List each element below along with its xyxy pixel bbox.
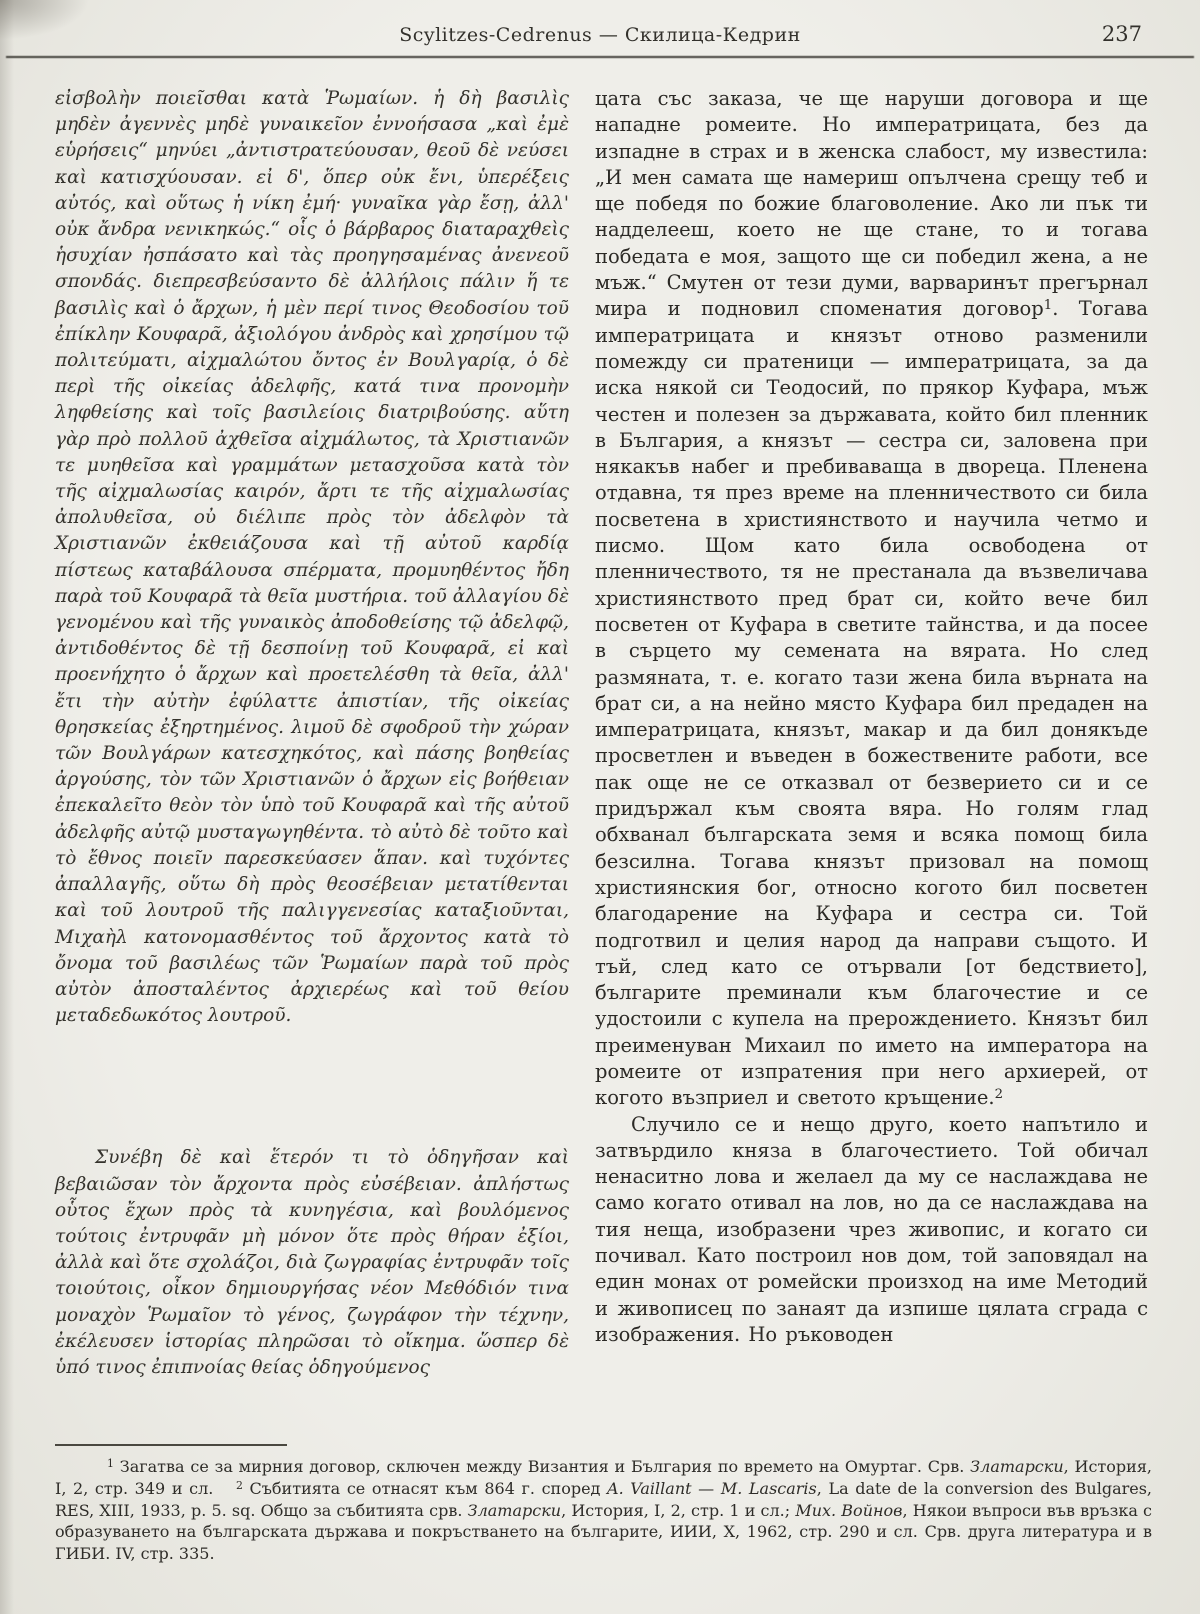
greek-source-column: εἰσβολὴν ποιεῖσθαι κατὰ Ῥωμαίων. ἡ δὴ βα… (55, 86, 569, 1381)
header-rule (6, 56, 1194, 58)
footnote-text: 1 Загатва се за мирния договор, сключен … (55, 1456, 1152, 1565)
page-number: 237 (1102, 22, 1142, 46)
greek-paragraph-1: εἰσβολὴν ποιεῖσθαι κατὰ Ῥωμαίων. ἡ δὴ βα… (55, 86, 569, 1029)
greek-paragraph-2: Συνέβη δὲ καὶ ἕτερόν τι τὸ ὁδηγῆσαν καὶ … (55, 1145, 569, 1381)
footnote-area: 1 Загатва се за мирния договор, сключен … (55, 1444, 1152, 1565)
footnote-separator (55, 1444, 287, 1446)
scan-edge-shadow (0, 0, 14, 1614)
scanned-book-page: Scylitzes-Cedrenus — Скилица-Кедрин 237 … (0, 0, 1200, 1614)
bulgarian-paragraph-2: Случило се и нещо друго, което напътило … (595, 1112, 1148, 1349)
bulgarian-paragraph-1: цата със заказа, че ще наруши договора и… (595, 86, 1148, 1112)
two-column-body: εἰσβολὴν ποιεῖσθαι κατὰ Ῥωμαίων. ἡ δὴ βα… (55, 86, 1148, 1381)
bulgarian-translation-column: цата със заказа, че ще наруши договора и… (595, 86, 1148, 1381)
running-head-title: Scylitzes-Cedrenus — Скилица-Кедрин (0, 24, 1200, 46)
